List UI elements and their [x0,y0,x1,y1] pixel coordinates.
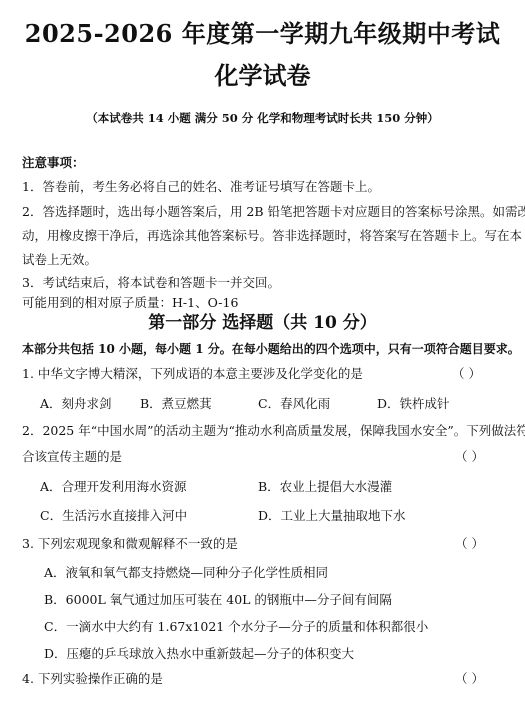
exam-subject: 化学试卷 [0,56,525,91]
answer-blank: （ ） [455,534,484,552]
option: C．生活污水直接排入河中 [40,506,187,524]
question-1-stem: 1. 中华文字博大精深，下列成语的本意主要涉及化学变化的是 [22,364,363,382]
question-4-stem: 4. 下列实验操作正确的是 [22,669,163,687]
section-title: 第一部分 选择题（共 10 分） [0,308,525,333]
answer-blank: （ ） [455,447,484,465]
option: A．刻舟求剑 [40,394,112,412]
option: A．液氧和氧气都支持燃烧—同种分子化学性质相同 [44,563,328,581]
option: B．6000L 氧气通过加压可装在 40L 的钢瓶中—分子间有间隔 [44,590,392,608]
question-2-stem: 2．2025 年“中国水周”的活动主题为“推动水利高质量发展，保障我国水安全”。… [22,421,525,439]
question-2-stem-cont: 合该宣传主题的是 [22,447,122,465]
section-instructions: 本部分共包括 10 小题，每小题 1 分。在每小题给出的四个选项中，只有一项符合… [22,340,520,357]
option: D．压瘪的乒乓球放入热水中重新鼓起—分子的体积变大 [44,644,354,662]
answer-blank: （ ） [452,364,481,382]
notice-heading: 注意事项： [22,153,85,171]
option: C．一滴水中大约有 1.67x1021 个水分子—分子的质量和体积都很小 [44,617,428,635]
option: D．铁杵成针 [377,394,450,412]
option: D．工业上大量抽取地下水 [258,506,406,524]
notice-item: 3．考试结束后，将本试卷和答题卡一并交回。 [22,273,280,291]
option: C．春风化雨 [258,394,330,412]
notice-item: 1．答卷前，考生务必将自己的姓名、准考证号填写在答题卡上。 [22,177,380,195]
exam-page: 2025-2026 年度第一学期九年级期中考试 化学试卷 （本试卷共 14 小题… [0,0,525,714]
notice-item: 动，用橡皮擦干净后，再选涂其他答案标号。答非选择题时，将答案写在答题卡上。写在本 [22,226,522,244]
notice-item: 试卷上无效。 [22,250,97,268]
option: B．煮豆燃萁 [140,394,212,412]
option: B．农业上提倡大水漫灌 [258,477,392,495]
notice-item: 2．答选择题时，选出每小题答案后，用 2B 铅笔把答题卡对应题目的答案标号涂黑。… [22,202,525,220]
exam-info: （本试卷共 14 小题 满分 50 分 化学和物理考试时长共 150 分钟） [0,110,525,126]
option: A．合理开发利用海水资源 [40,477,187,495]
exam-title: 2025-2026 年度第一学期九年级期中考试 [0,14,525,49]
question-3-stem: 3. 下列宏观现象和微观解释不一致的是 [22,534,238,552]
answer-blank: （ ） [455,669,484,687]
